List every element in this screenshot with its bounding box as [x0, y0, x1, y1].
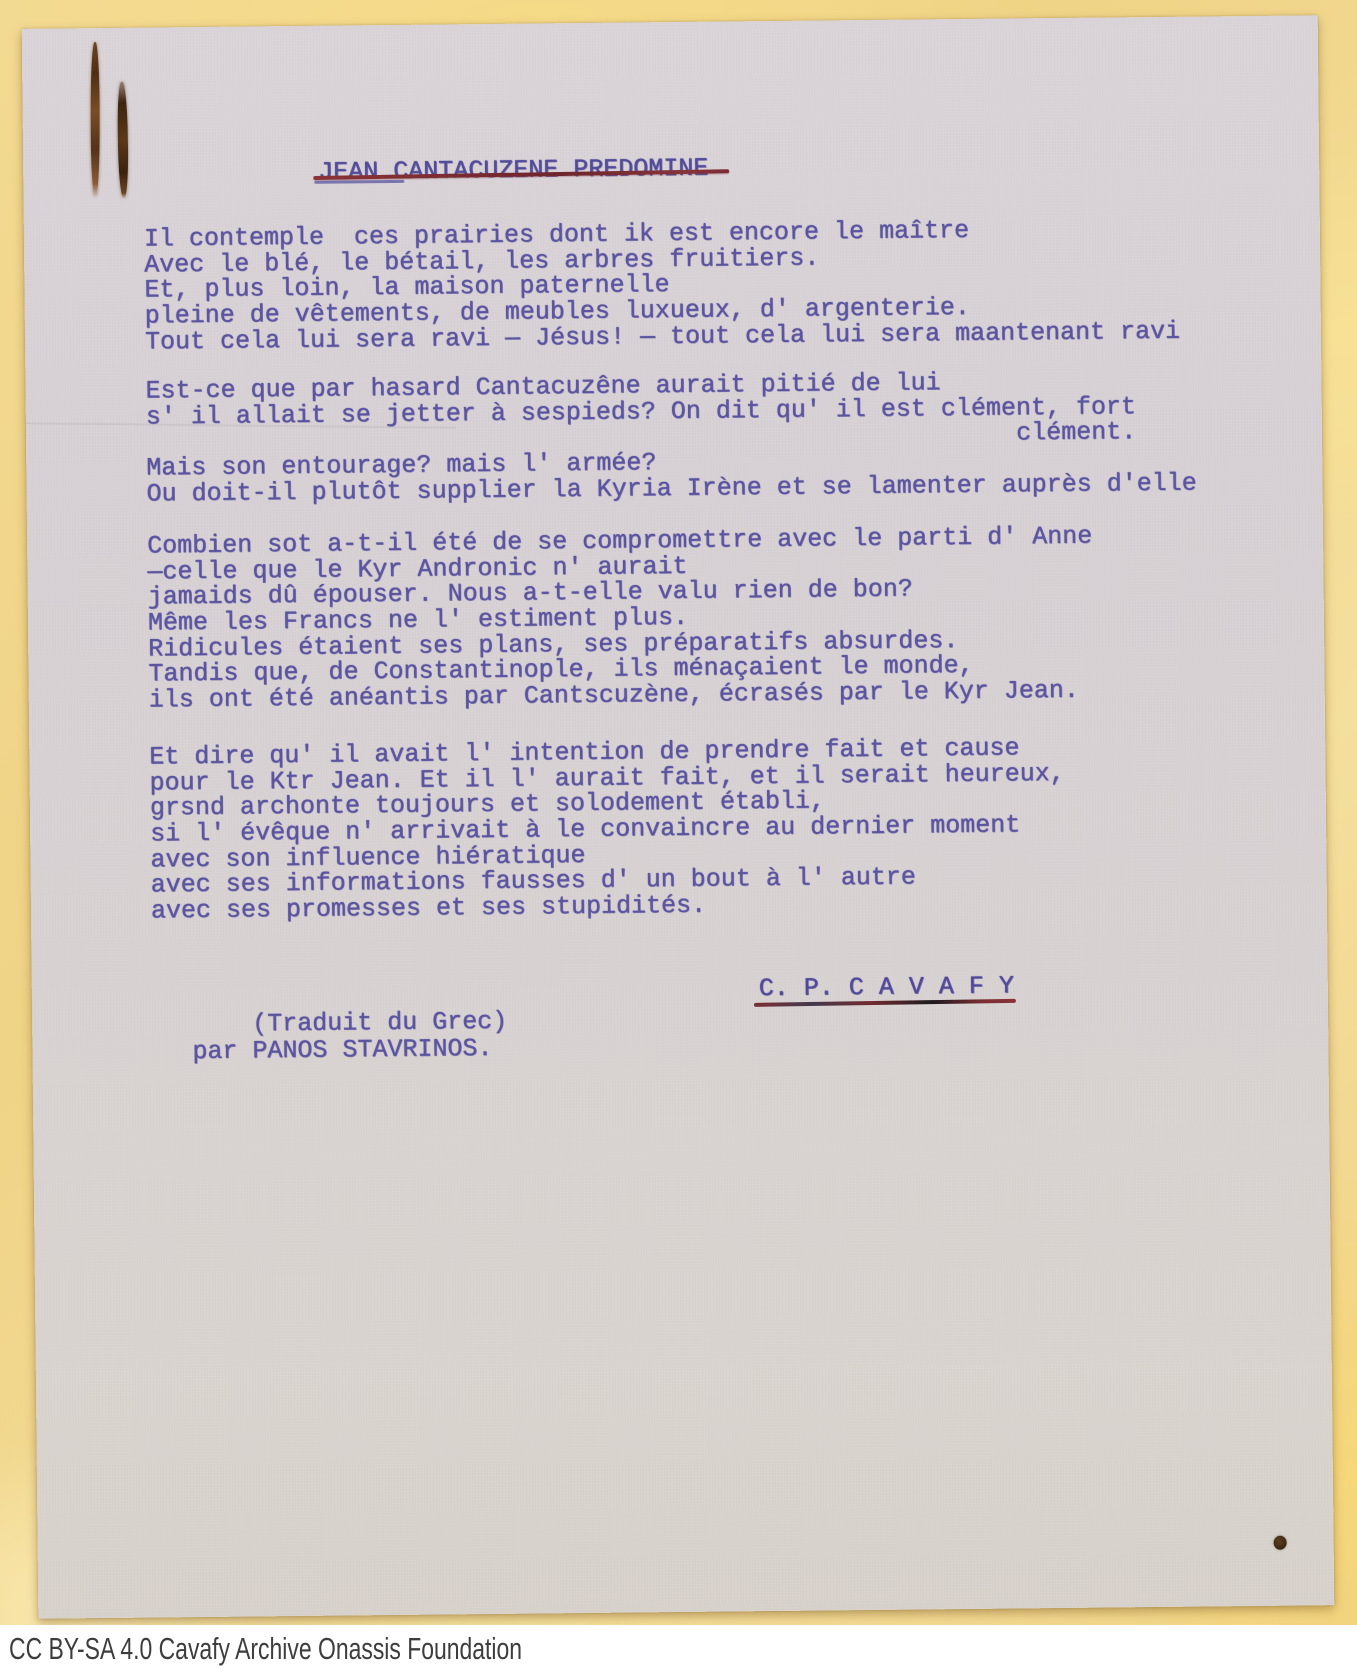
stanza-2: Est-ce que par hasard Cantacuzêne aurait…: [145, 368, 1196, 507]
stanza-1: Il contemple ces prairies dont ik est en…: [144, 216, 1180, 355]
rust-mark: [91, 42, 100, 196]
ink-stain: [1274, 1536, 1287, 1550]
poem-line: avec ses promesses et ses stupidités.: [151, 889, 1066, 924]
stanza-3: Combien sot a-t-il été de se compromettr…: [147, 524, 1094, 714]
license-bar: CC BY-SA 4.0 Cavafy Archive Onassis Foun…: [0, 1625, 1357, 1672]
rust-mark: [117, 82, 129, 198]
scan-background: JEAN CANTACUZENE PREDOMINE Il contemple …: [0, 0, 1357, 1672]
poem-line: par PANOS STAVRINOS.: [192, 1035, 507, 1065]
license-caption: CC BY-SA 4.0 Cavafy Archive Onassis Foun…: [9, 1631, 522, 1667]
stanza-4: Et dire qu' il avait l' intention de pre…: [149, 735, 1066, 924]
typewritten-sheet: JEAN CANTACUZENE PREDOMINE Il contemple …: [22, 15, 1335, 1618]
translation-credit: (Traduit du Grec)par PANOS STAVRINOS.: [192, 1009, 508, 1065]
